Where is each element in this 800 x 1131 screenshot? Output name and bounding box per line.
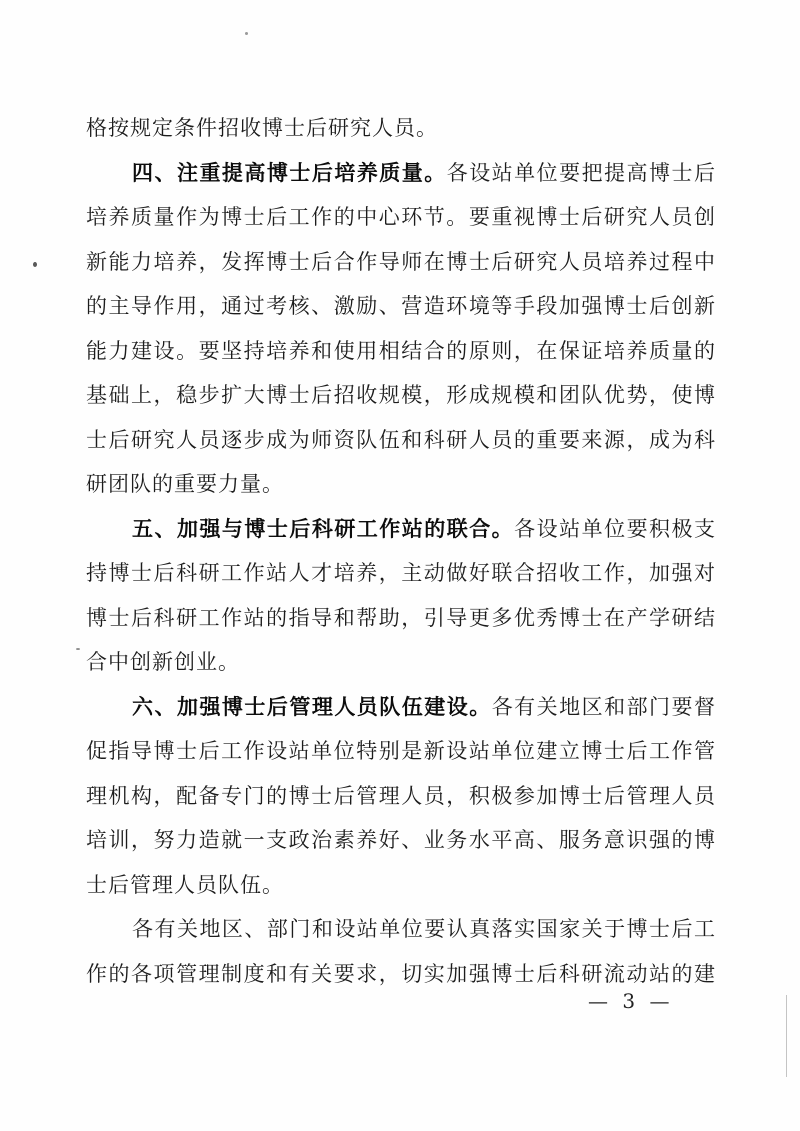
body-text: 士后研究人员逐步成为师资队伍和科研人员的重要来源，成为科 [86,428,716,452]
text-line: 博士后科研工作站的指导和帮助，引导更多优秀博士在产学研结 [86,596,716,641]
text-line: 六、加强博士后管理人员队伍建设。各有关地区和部门要督 [86,685,716,730]
text-line: 理机构，配备专门的博士后管理人员，积极参加博士后管理人员 [86,774,716,819]
text-line: 士后管理人员队伍。 [86,863,716,908]
body-text: 的主导作用，通过考核、激励、营造环境等手段加强博士后创新 [86,294,716,318]
body-text: 持博士后科研工作站人才培养，主动做好联合招收工作，加强对 [86,561,716,585]
text-line: 各有关地区、部门和设站单位要认真落实国家关于博士后工 [86,907,716,952]
section-heading-5: 五、加强与博士后科研工作站的联合。 [132,517,514,541]
text-line: 的主导作用，通过考核、激励、营造环境等手段加强博士后创新 [86,284,716,329]
body-text: 培养质量作为博士后工作的中心环节。要重视博士后研究人员创 [86,205,716,229]
text-line: 培养质量作为博士后工作的中心环节。要重视博士后研究人员创 [86,195,716,240]
text-line: 持博士后科研工作站人才培养，主动做好联合招收工作，加强对 [86,551,716,596]
section-heading-6: 六、加强博士后管理人员队伍建设。 [132,695,492,719]
body-text: 研团队的重要力量。 [86,472,284,496]
body-text: 新能力培养，发挥博士后合作导师在博士后研究人员培养过程中 [86,250,716,274]
page-number: — 3 — [588,988,678,1014]
body-text: 各设站单位要把提高博士后 [447,161,716,185]
text-line: 能力建设。要坚持培养和使用相结合的原则，在保证培养质量的 [86,329,716,374]
scan-speck [245,32,248,35]
text-line: 基础上，稳步扩大博士后招收规模，形成规模和团队优势，使博 [86,373,716,418]
body-text: 格按规定条件招收博士后研究人员。 [86,116,438,140]
text-line: 士后研究人员逐步成为师资队伍和科研人员的重要来源，成为科 [86,418,716,463]
text-line: 新能力培养，发挥博士后合作导师在博士后研究人员培养过程中 [86,240,716,285]
body-text: 各设站单位要积极支 [514,517,716,541]
text-line: 格按规定条件招收博士后研究人员。 [86,106,716,151]
body-text: 博士后科研工作站的指导和帮助，引导更多优秀博士在产学研结 [86,606,716,630]
body-text: 基础上，稳步扩大博士后招收规模，形成规模和团队优势，使博 [86,383,716,407]
text-line: 培训，努力造就一支政治素养好、业务水平高、服务意识强的博 [86,818,716,863]
body-text: 培训，努力造就一支政治素养好、业务水平高、服务意识强的博 [86,828,716,852]
scan-speck [33,262,37,267]
body-text: 士后管理人员队伍。 [86,873,284,897]
document-page: 格按规定条件招收博士后研究人员。 四、注重提高博士后培养质量。各设站单位要把提高… [0,0,800,1131]
text-line: 五、加强与博士后科研工作站的联合。各设站单位要积极支 [86,507,716,552]
body-text: 合中创新创业。 [86,650,240,674]
text-line: 研团队的重要力量。 [86,462,716,507]
text-line: 四、注重提高博士后培养质量。各设站单位要把提高博士后 [86,151,716,196]
body-text: 各有关地区、部门和设站单位要认真落实国家关于博士后工 [132,917,716,941]
document-body: 格按规定条件招收博士后研究人员。 四、注重提高博士后培养质量。各设站单位要把提高… [86,106,716,996]
body-text: 各有关地区和部门要督 [492,695,716,719]
text-line: 合中创新创业。 [86,640,716,685]
scan-artifact-line [786,995,787,1077]
text-line: 促指导博士后工作设站单位特别是新设站单位建立博士后工作管 [86,729,716,774]
body-text: 理机构，配备专门的博士后管理人员，积极参加博士后管理人员 [86,784,716,808]
body-text: 能力建设。要坚持培养和使用相结合的原则，在保证培养质量的 [86,339,716,363]
body-text: 促指导博士后工作设站单位特别是新设站单位建立博士后工作管 [86,739,716,763]
body-text: 作的各项管理制度和有关要求，切实加强博士后科研流动站的建 [86,962,716,986]
section-heading-4: 四、注重提高博士后培养质量。 [132,161,447,185]
scan-speck [76,648,80,650]
